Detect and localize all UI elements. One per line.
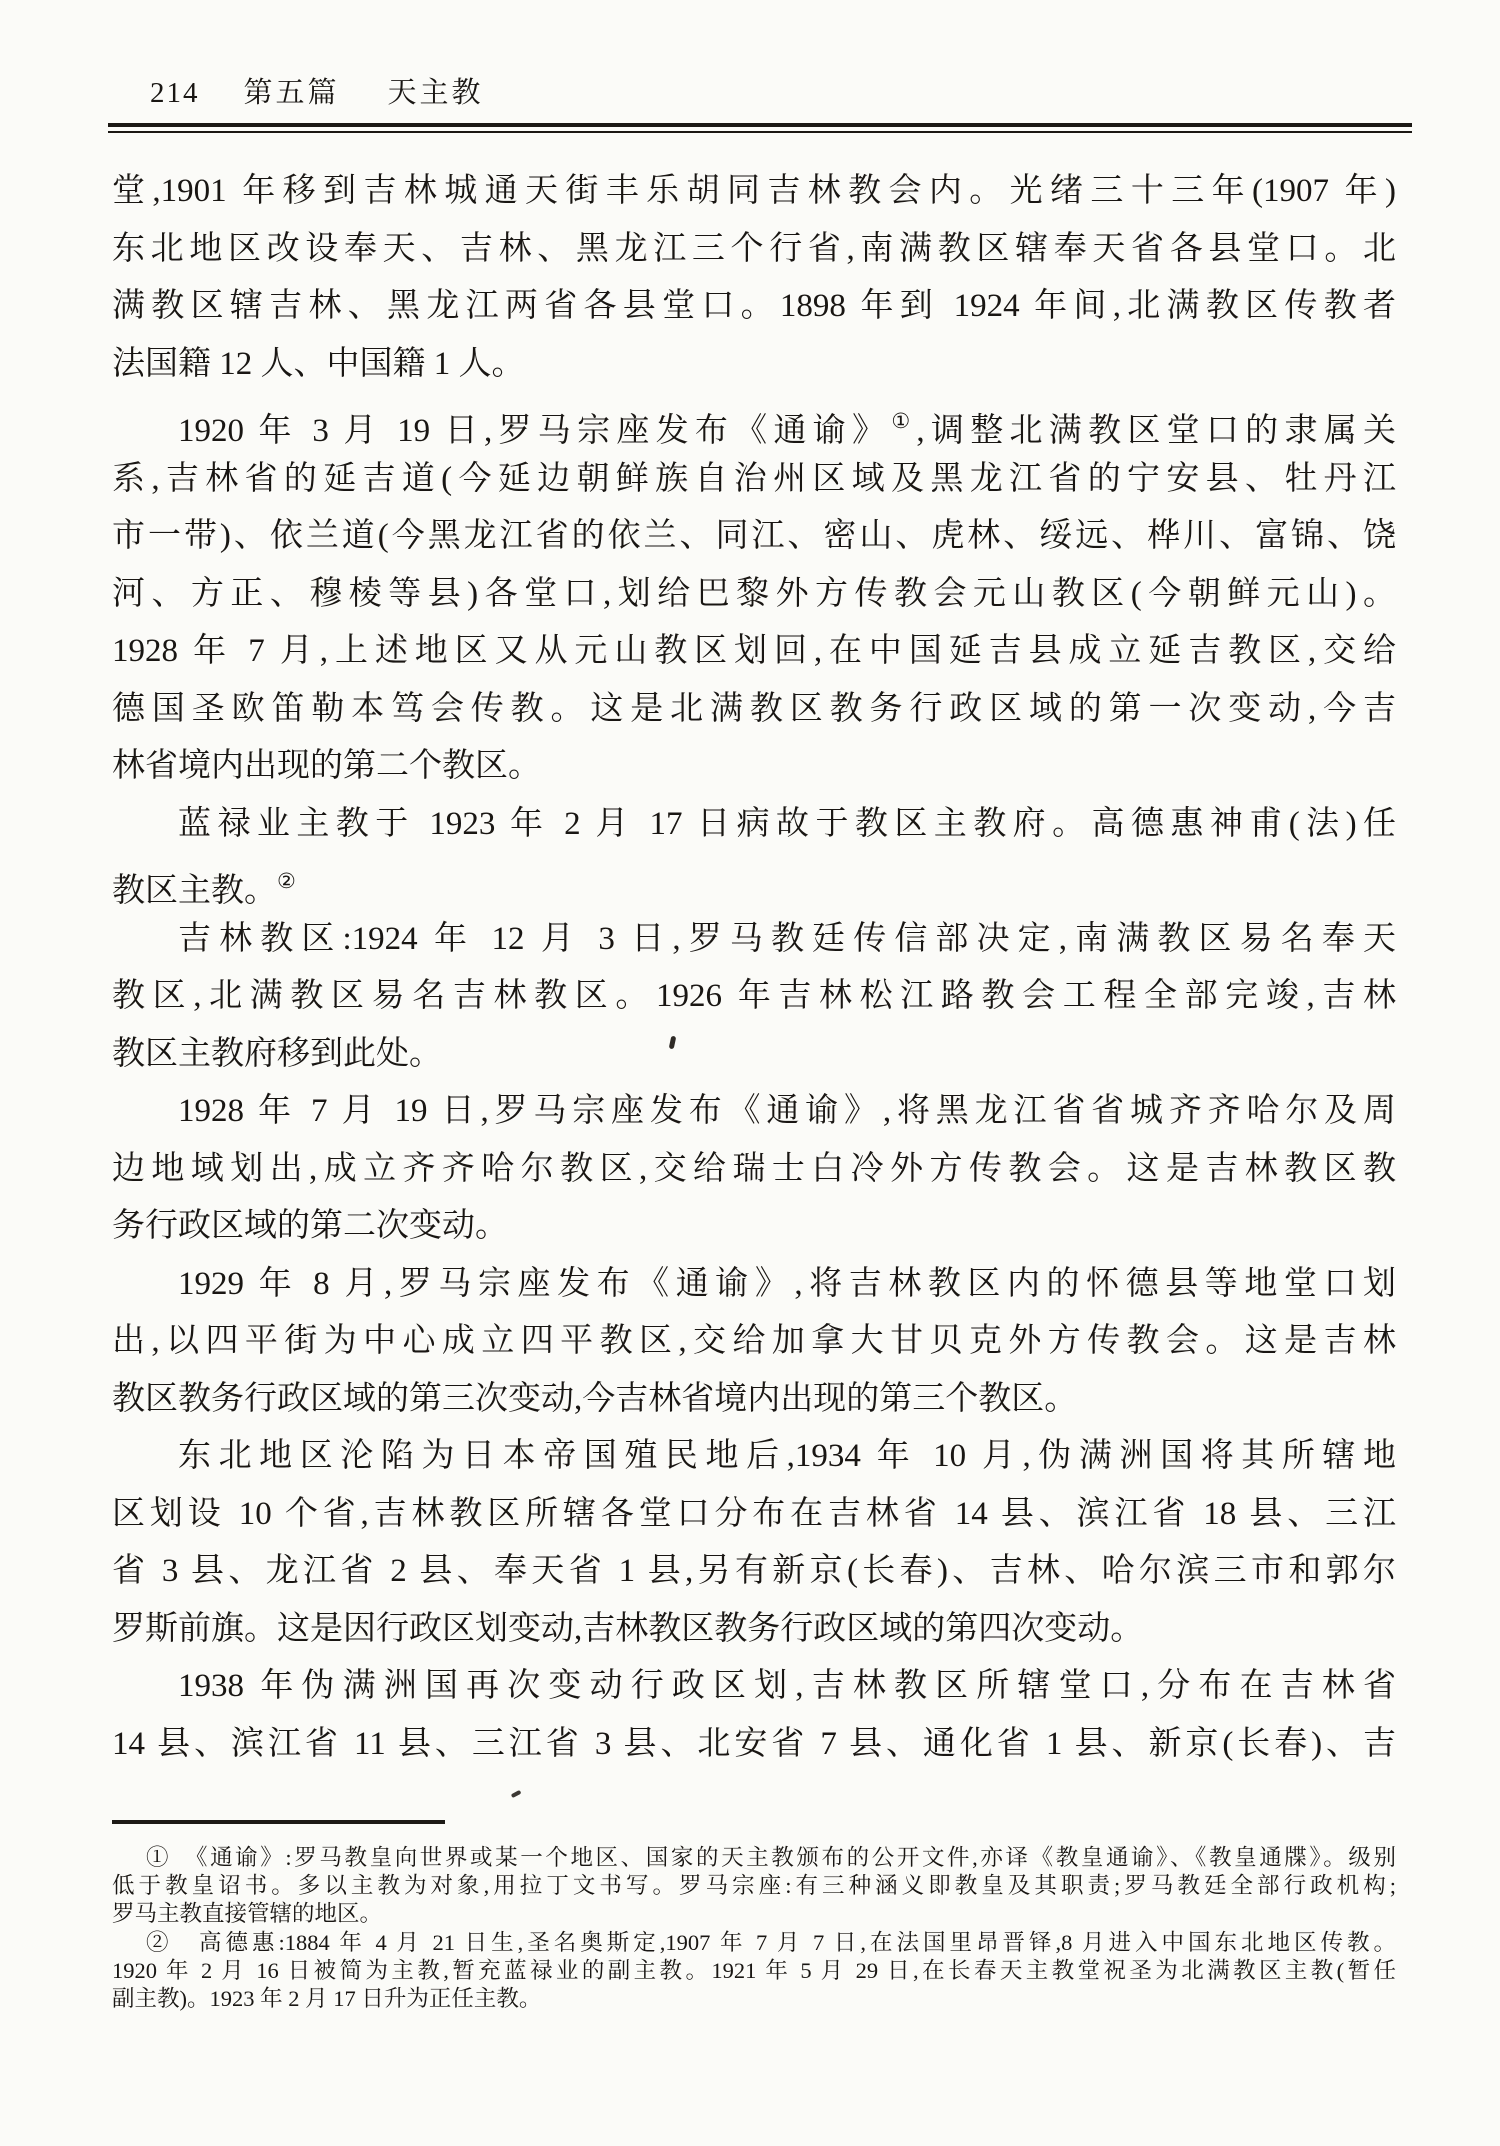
footnote-line: ② 高德惠:1884 年 4 月 21 日生,圣名奥斯定,1907 年 7 月 … — [112, 1929, 1396, 1957]
page-number: 214 — [150, 74, 200, 112]
footnote-line: 罗马主教直接管辖的地区。 — [112, 1900, 1396, 1928]
running-head: 214 第五篇 天主教 — [150, 74, 484, 112]
body-line-text: 市一带)、依兰道(今黑龙江省的依兰、同江、密山、虎林、绥远、桦川、富锦、饶 — [112, 518, 1396, 554]
body-line: 系,吉林省的延吉道(今延边朝鲜族自治州区域及黑龙江省的宁安县、牡丹江 — [112, 451, 1396, 509]
body-line-text: 1938 年伪满洲国再次变动行政区划,吉林教区所辖堂口,分布在吉林省 — [178, 1668, 1396, 1704]
body-line: 林省境内出现的第二个教区。 — [112, 738, 1396, 796]
body-line-text: 务行政区域的第二次变动。 — [112, 1208, 508, 1244]
body-line: 教区主教府移到此处。 — [112, 1026, 1396, 1084]
body-line: 省 3 县、龙江省 2 县、奉天省 1 县,另有新京(长春)、吉林、哈尔滨三市和… — [112, 1543, 1396, 1601]
body-line-text: ,调整北满教区堂口的隶属关 — [916, 413, 1396, 449]
body-line: 教区,北满教区易名吉林教区。1926 年吉林松江路教会工程全部完竣,吉林 — [112, 968, 1396, 1026]
body-line-text: 出,以四平街为中心成立四平教区,交给加拿大甘贝克外方传教会。这是吉林 — [112, 1323, 1396, 1359]
body-line: 东北地区改设奉天、吉林、黑龙江三个行省,南满教区辖奉天省各县堂口。北 — [112, 221, 1396, 279]
body-line-text: 省 3 县、龙江省 2 县、奉天省 1 县,另有新京(长春)、吉林、哈尔滨三市和… — [112, 1553, 1396, 1589]
body-line-text: 1928 年 7 月,上述地区又从元山教区划回,在中国延吉县成立延吉教区,交给 — [112, 633, 1396, 669]
body-line-text: 教区主教。 — [112, 873, 277, 909]
body-line: 出,以四平街为中心成立四平教区,交给加拿大甘贝克外方传教会。这是吉林 — [112, 1313, 1396, 1371]
body-line: 1928 年 7 月,上述地区又从元山教区划回,在中国延吉县成立延吉教区,交给 — [112, 623, 1396, 681]
footnote-ref-2: ② — [277, 869, 296, 893]
body-line-text: 堂,1901 年移到吉林城通天街丰乐胡同吉林教会内。光绪三十三年(1907 年) — [112, 173, 1396, 209]
footnote-text: 副主教)。1923 年 2 月 17 日升为正任主教。 — [112, 1986, 541, 2011]
footnote-text: ① 《通谕》:罗马教皇向世界或某一个地区、国家的天主教颁布的公开文件,亦译《教皇… — [146, 1845, 1396, 1870]
body-line: 德国圣欧笛勒本笃会传教。这是北满教区教务行政区域的第一次变动,今吉 — [112, 681, 1396, 739]
body-line-text: 教区教务行政区域的第三次变动,今吉林省境内出现的第三个教区。 — [112, 1381, 1077, 1417]
body-line: 1938 年伪满洲国再次变动行政区划,吉林教区所辖堂口,分布在吉林省 — [112, 1658, 1396, 1716]
body-line: 边地域划出,成立齐齐哈尔教区,交给瑞士白冷外方传教会。这是吉林教区教 — [112, 1141, 1396, 1199]
footnote-separator — [112, 1820, 445, 1824]
footnote-text: 罗马主教直接管辖的地区。 — [112, 1901, 382, 1926]
body-line-text: 罗斯前旗。这是因行政区划变动,吉林教区教务行政区域的第四次变动。 — [112, 1611, 1143, 1647]
body-line: 14 县、滨江省 11 县、三江省 3 县、北安省 7 县、通化省 1 县、新京… — [112, 1716, 1396, 1774]
section-label: 第五篇 — [244, 74, 340, 112]
footnotes: ① 《通谕》:罗马教皇向世界或某一个地区、国家的天主教颁布的公开文件,亦译《教皇… — [112, 1844, 1396, 2013]
footnote-text: ② 高德惠:1884 年 4 月 21 日生,圣名奥斯定,1907 年 7 月 … — [146, 1930, 1396, 1955]
book-page: 214 第五篇 天主教 堂,1901 年移到吉林城通天街丰乐胡同吉林教会内。光绪… — [0, 0, 1500, 2146]
body-line-text: 东北地区沦陷为日本帝国殖民地后,1934 年 10 月,伪满洲国将其所辖地 — [178, 1438, 1396, 1474]
footnote-line: ① 《通谕》:罗马教皇向世界或某一个地区、国家的天主教颁布的公开文件,亦译《教皇… — [112, 1844, 1396, 1872]
body-line: 蓝禄业主教于 1923 年 2 月 17 日病故于教区主教府。高德惠神甫(法)任 — [112, 796, 1396, 854]
body-line: 市一带)、依兰道(今黑龙江省的依兰、同江、密山、虎林、绥远、桦川、富锦、饶 — [112, 508, 1396, 566]
body-line-text: 林省境内出现的第二个教区。 — [112, 748, 541, 784]
body-line-text: 教区主教府移到此处。 — [112, 1036, 442, 1072]
body-line-text: 14 县、滨江省 11 县、三江省 3 县、北安省 7 县、通化省 1 县、新京… — [112, 1726, 1396, 1762]
body-line: 堂,1901 年移到吉林城通天街丰乐胡同吉林教会内。光绪三十三年(1907 年) — [112, 163, 1396, 221]
body-line-text: 河、方正、穆棱等县)各堂口,划给巴黎外方传教会元山教区(今朝鲜元山)。 — [112, 576, 1396, 612]
body-line: 教区教务行政区域的第三次变动,今吉林省境内出现的第三个教区。 — [112, 1371, 1396, 1429]
body-line: 务行政区域的第二次变动。 — [112, 1198, 1396, 1256]
body-line-text: 1920 年 3 月 19 日,罗马宗座发布《通谕》 — [178, 413, 891, 449]
body-line-text: 东北地区改设奉天、吉林、黑龙江三个行省,南满教区辖奉天省各县堂口。北 — [112, 231, 1396, 267]
body-line-text: 法国籍 12 人、中国籍 1 人。 — [112, 346, 525, 382]
body-line-text: 德国圣欧笛勒本笃会传教。这是北满教区教务行政区域的第一次变动,今吉 — [112, 691, 1396, 727]
body-line-text: 吉林教区:1924 年 12 月 3 日,罗马教廷传信部决定,南满教区易名奉天 — [178, 921, 1396, 957]
body-line: 教区主教。② — [112, 853, 1396, 911]
body-line-text: 教区,北满教区易名吉林教区。1926 年吉林松江路教会工程全部完竣,吉林 — [112, 978, 1396, 1014]
body-line: 1920 年 3 月 19 日,罗马宗座发布《通谕》①,调整北满教区堂口的隶属关 — [112, 393, 1396, 451]
body-line: 法国籍 12 人、中国籍 1 人。 — [112, 336, 1396, 394]
body-line-text: 蓝禄业主教于 1923 年 2 月 17 日病故于教区主教府。高德惠神甫(法)任 — [178, 806, 1396, 842]
body-line: 东北地区沦陷为日本帝国殖民地后,1934 年 10 月,伪满洲国将其所辖地 — [112, 1428, 1396, 1486]
footnote-line: 低于教皇诏书。多以主教为对象,用拉丁文书写。罗马宗座:有三种涵义即教皇及其职责;… — [112, 1872, 1396, 1900]
body-line-text: 区划设 10 个省,吉林教区所辖各堂口分布在吉林省 14 县、滨江省 18 县、… — [112, 1496, 1396, 1532]
body-line: 河、方正、穆棱等县)各堂口,划给巴黎外方传教会元山教区(今朝鲜元山)。 — [112, 566, 1396, 624]
footnote-text: 1920 年 2 月 16 日被简为主教,暂充蓝禄业的副主教。1921 年 5 … — [112, 1958, 1396, 1983]
body-line: 1928 年 7 月 19 日,罗马宗座发布《通谕》,将黑龙江省省城齐齐哈尔及周 — [112, 1083, 1396, 1141]
body-line-text: 边地域划出,成立齐齐哈尔教区,交给瑞士白冷外方传教会。这是吉林教区教 — [112, 1151, 1396, 1187]
body-line-text: 系,吉林省的延吉道(今延边朝鲜族自治州区域及黑龙江省的宁安县、牡丹江 — [112, 461, 1396, 497]
footnote-line: 1920 年 2 月 16 日被简为主教,暂充蓝禄业的副主教。1921 年 5 … — [112, 1957, 1396, 1985]
footnote-text: 低于教皇诏书。多以主教为对象,用拉丁文书写。罗马宗座:有三种涵义即教皇及其职责;… — [112, 1873, 1396, 1898]
body-line: 区划设 10 个省,吉林教区所辖各堂口分布在吉林省 14 县、滨江省 18 县、… — [112, 1486, 1396, 1544]
body-line-text: 满教区辖吉林、黑龙江两省各县堂口。1898 年到 1924 年间,北满教区传教者 — [112, 288, 1396, 324]
body-line-text: 1929 年 8 月,罗马宗座发布《通谕》,将吉林教区内的怀德县等地堂口划 — [178, 1266, 1396, 1302]
scan-artifact-dash — [511, 1790, 521, 1798]
header-divider — [108, 123, 1412, 133]
footnote-line: 副主教)。1923 年 2 月 17 日升为正任主教。 — [112, 1985, 1396, 2013]
body-line: 1929 年 8 月,罗马宗座发布《通谕》,将吉林教区内的怀德县等地堂口划 — [112, 1256, 1396, 1314]
body-line: 吉林教区:1924 年 12 月 3 日,罗马教廷传信部决定,南满教区易名奉天 — [112, 911, 1396, 969]
footnote-ref-1: ① — [891, 409, 916, 433]
body-line: 满教区辖吉林、黑龙江两省各县堂口。1898 年到 1924 年间,北满教区传教者 — [112, 278, 1396, 336]
chapter-title: 天主教 — [388, 74, 484, 112]
body-line: 罗斯前旗。这是因行政区划变动,吉林教区教务行政区域的第四次变动。 — [112, 1601, 1396, 1659]
body-line-text: 1928 年 7 月 19 日,罗马宗座发布《通谕》,将黑龙江省省城齐齐哈尔及周 — [178, 1093, 1396, 1129]
body-text: 堂,1901 年移到吉林城通天街丰乐胡同吉林教会内。光绪三十三年(1907 年)… — [112, 163, 1396, 1773]
